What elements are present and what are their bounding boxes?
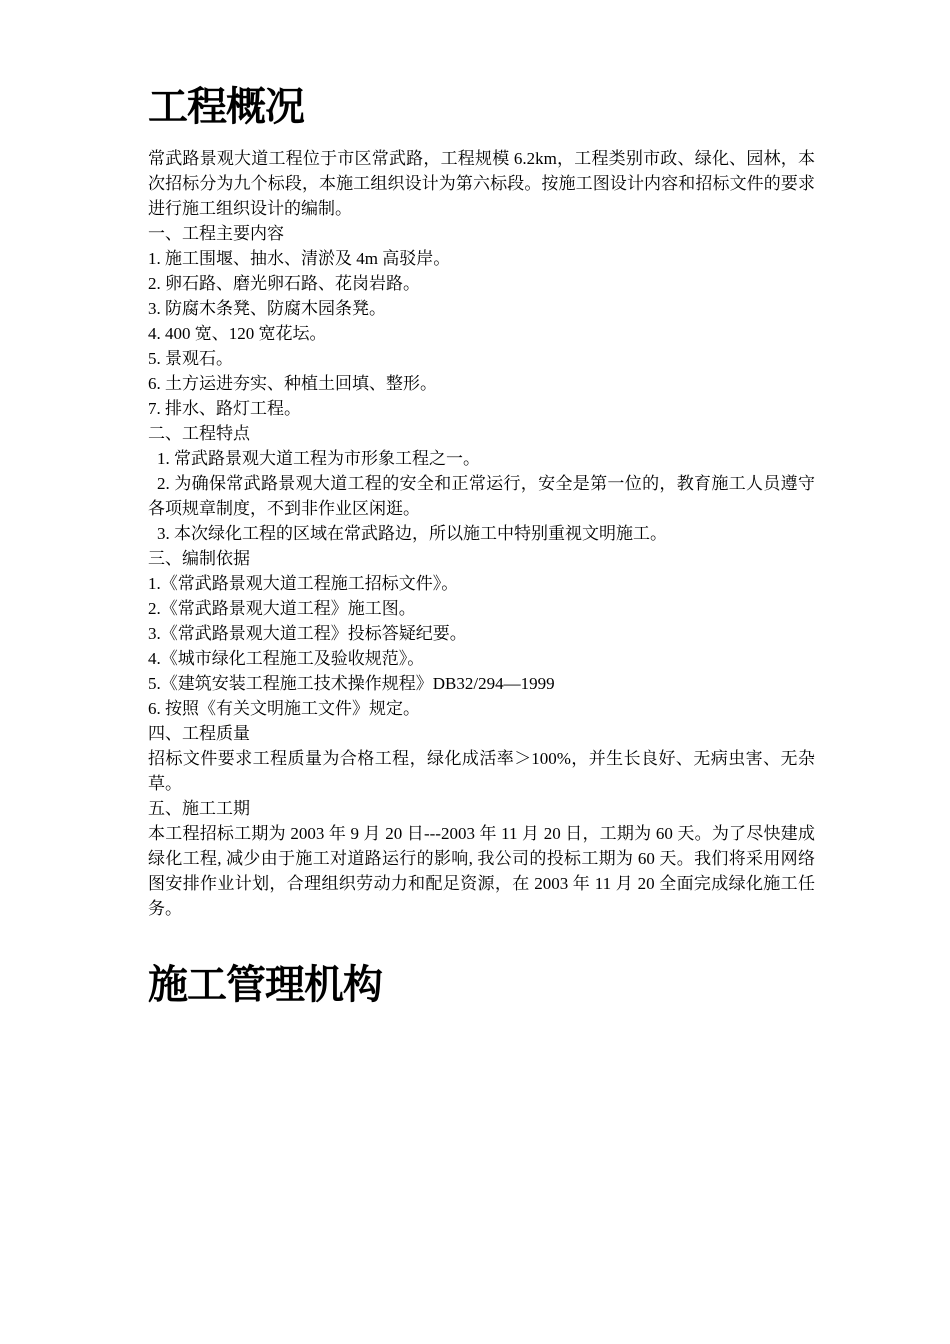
- heading-project-overview: 工程概况: [148, 85, 815, 129]
- section-2-item-3: 3. 本次绿化工程的区域在常武路边，所以施工中特别重视文明施工。: [148, 521, 815, 546]
- section-5-body: 本工程招标工期为 2003 年 9 月 20 日---2003 年 11 月 2…: [148, 821, 815, 921]
- section-3-item-2: 2.《常武路景观大道工程》施工图。: [148, 596, 815, 621]
- section-3-title: 三、编制依据: [148, 546, 815, 571]
- section-4-title: 四、工程质量: [148, 721, 815, 746]
- section-3-item-4: 4.《城市绿化工程施工及验收规范》。: [148, 646, 815, 671]
- section-3-item-5: 5.《建筑安装工程施工技术操作规程》DB32/294—1999: [148, 671, 815, 696]
- section-4-body: 招标文件要求工程质量为合格工程，绿化成活率＞100%，并生长良好、无病虫害、无杂…: [148, 746, 815, 796]
- section-1-item-2: 2. 卵石路、磨光卵石路、花岗岩路。: [148, 271, 815, 296]
- document-content: 工程概况 常武路景观大道工程位于市区常武路，工程规模 6.2km，工程类别市政、…: [148, 85, 815, 1007]
- document-page: 工程概况 常武路景观大道工程位于市区常武路，工程规模 6.2km，工程类别市政、…: [0, 0, 950, 1344]
- section-1-item-7: 7. 排水、路灯工程。: [148, 396, 815, 421]
- section-3-item-1: 1.《常武路景观大道工程施工招标文件》。: [148, 571, 815, 596]
- section-5-title: 五、施工工期: [148, 796, 815, 821]
- section-2-item-2: 2. 为确保常武路景观大道工程的安全和正常运行，安全是第一位的，教育施工人员遵守…: [148, 471, 815, 521]
- section-1-item-1: 1. 施工围堰、抽水、清淤及 4m 高驳岸。: [148, 246, 815, 271]
- section-1-item-5: 5. 景观石。: [148, 346, 815, 371]
- section-1-item-6: 6. 土方运进夯实、种植土回填、整形。: [148, 371, 815, 396]
- section-1-item-4: 4. 400 宽、120 宽花坛。: [148, 321, 815, 346]
- section-1-item-3: 3. 防腐木条凳、防腐木园条凳。: [148, 296, 815, 321]
- intro-paragraph: 常武路景观大道工程位于市区常武路，工程规模 6.2km，工程类别市政、绿化、园林…: [148, 146, 815, 221]
- section-3-item-3: 3.《常武路景观大道工程》投标答疑纪要。: [148, 621, 815, 646]
- heading-construction-management-organization: 施工管理机构: [148, 963, 815, 1007]
- section-3-item-6: 6. 按照《有关文明施工文件》规定。: [148, 696, 815, 721]
- section-2-item-1: 1. 常武路景观大道工程为市形象工程之一。: [148, 446, 815, 471]
- section-1-title: 一、工程主要内容: [148, 221, 815, 246]
- section-2-title: 二、工程特点: [148, 421, 815, 446]
